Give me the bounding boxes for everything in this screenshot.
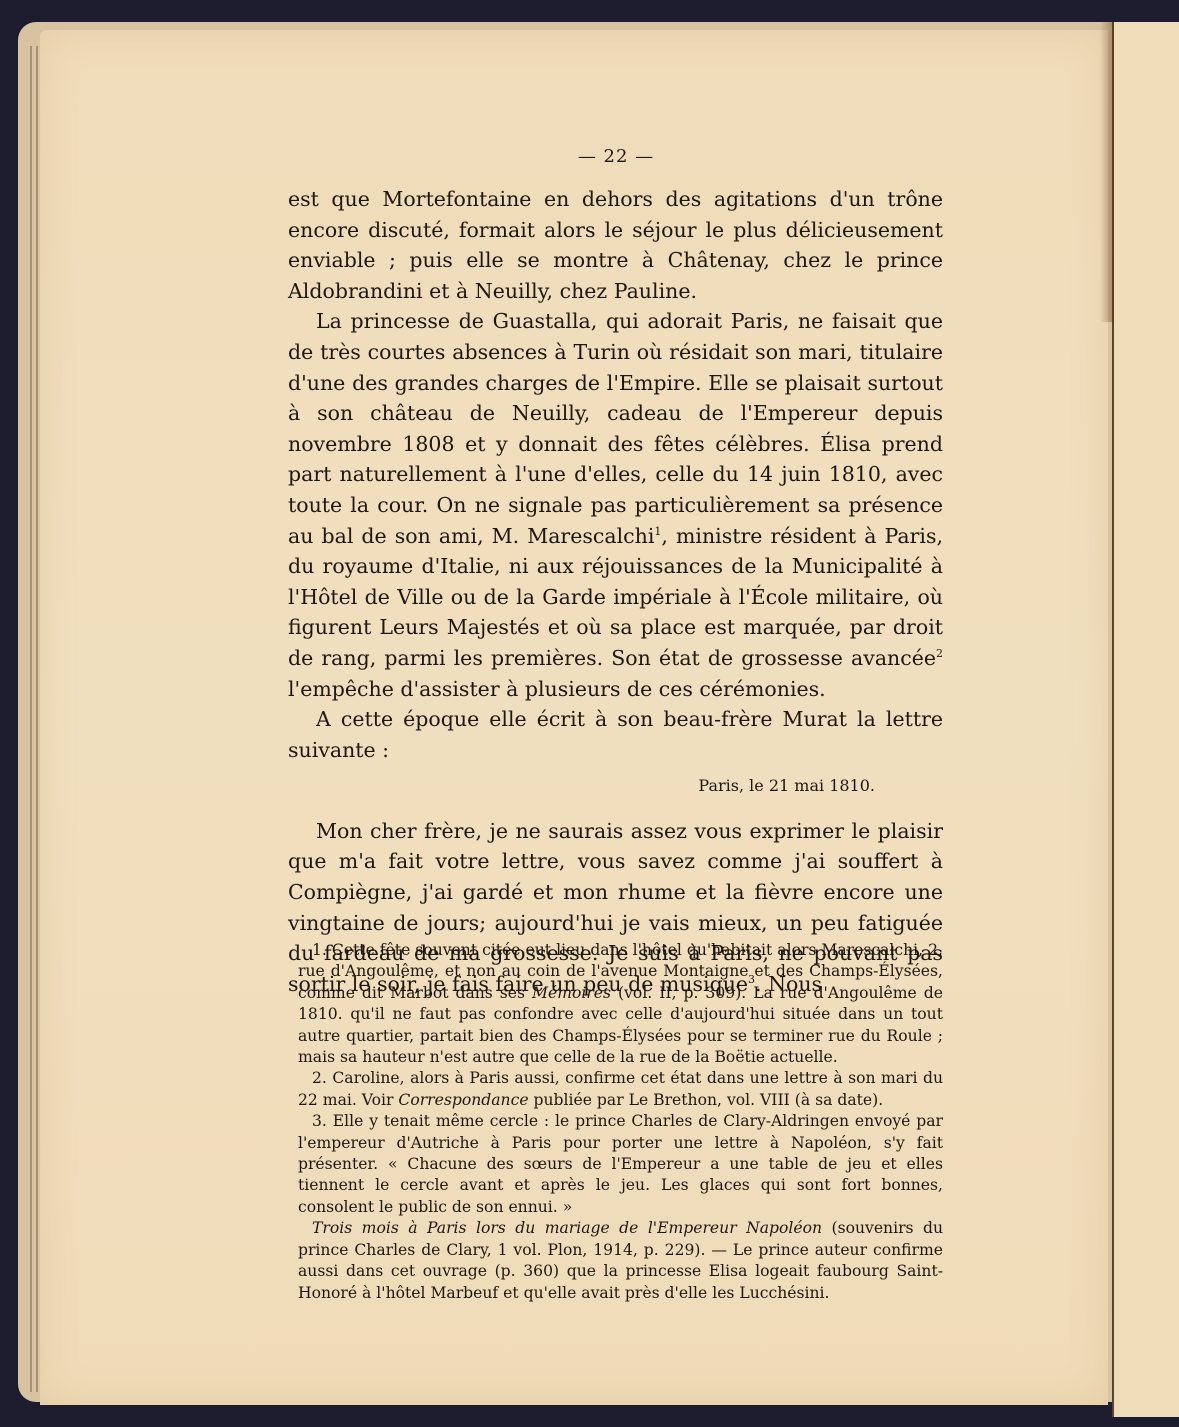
footnote-3-citation: Trois mois à Paris lors du mariage de l'… (298, 1218, 943, 1304)
letter-dateline: Paris, le 21 mai 1810. (288, 771, 943, 802)
facing-page-edge (1112, 22, 1179, 1417)
footnote-title: Mémoires (532, 984, 611, 1002)
paragraph: La princesse de Guastalla, qui adorait P… (288, 306, 943, 704)
footnote-2: 2. Caroline, alors à Paris aussi, confir… (298, 1068, 943, 1111)
page-number: — 22 — (566, 146, 666, 167)
footnote-3: 3. Elle y tenait même cercle : le prince… (298, 1111, 943, 1218)
footnote-1: 1. Cette fête souvent citée eut lieu dan… (298, 940, 943, 1068)
gutter-shadow (1100, 22, 1114, 322)
footnote-title: Correspondance (398, 1091, 528, 1109)
page-edge-line (36, 46, 38, 1392)
page-edge-line (30, 46, 32, 1392)
body-text: est que Mortefontaine en dehors des agit… (288, 184, 943, 999)
paragraph: est que Mortefontaine en dehors des agit… (288, 184, 943, 306)
footnotes: 1. Cette fête souvent citée eut lieu dan… (298, 940, 943, 1304)
paragraph: A cette époque elle écrit à son beau-frè… (288, 704, 943, 765)
paragraph-text: l'empêche d'assister à plusieurs de ces … (288, 677, 826, 701)
citation-title: Trois mois à Paris lors du mariage de l'… (312, 1219, 822, 1237)
footnote-ref-2[interactable]: 2 (936, 647, 943, 660)
footnote-text: publiée par Le Brethon, vol. VIII (à sa … (529, 1091, 884, 1109)
paragraph-text: La princesse de Guastalla, qui adorait P… (288, 309, 943, 547)
